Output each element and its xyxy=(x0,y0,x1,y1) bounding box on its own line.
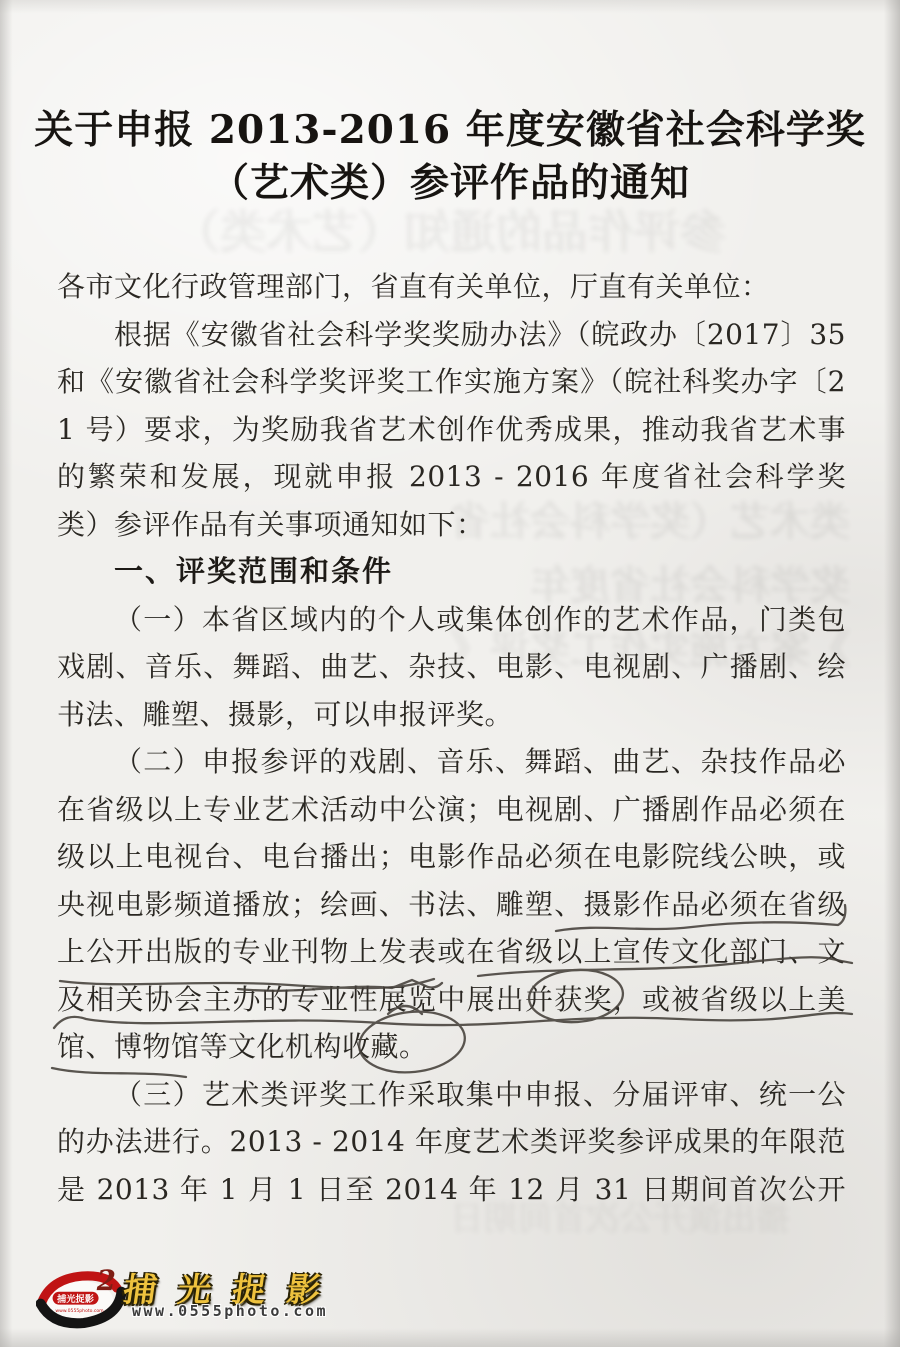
pen-circle-huojiang xyxy=(527,967,624,1025)
camera-lens-logo-icon: 2 捕光捉影 www.0555photo.com xyxy=(36,1266,128,1334)
watermark-site-url: www.0555photo.com xyxy=(132,1302,328,1320)
pen-underline-1 xyxy=(556,905,845,931)
logo-band-text: 捕光捉影 xyxy=(56,1293,95,1305)
watermark: 2 捕光捉影 www.0555photo.com 捕 光 捉 影 www.055… xyxy=(28,1258,358,1342)
logo-numeral: 2 xyxy=(96,1266,116,1297)
scanned-notice-document: 参评作品的通知（艺术类） 类术艺（奖学科会社省 奖学科会社省度年 》案方施实作工… xyxy=(0,0,900,1347)
pen-underline-5 xyxy=(52,1068,186,1077)
pen-underline-3 xyxy=(478,957,852,976)
pen-annotations xyxy=(0,0,900,1347)
logo-inner-url: www.0555photo.com xyxy=(55,1308,104,1314)
pen-circle-shoucang xyxy=(356,1007,468,1078)
